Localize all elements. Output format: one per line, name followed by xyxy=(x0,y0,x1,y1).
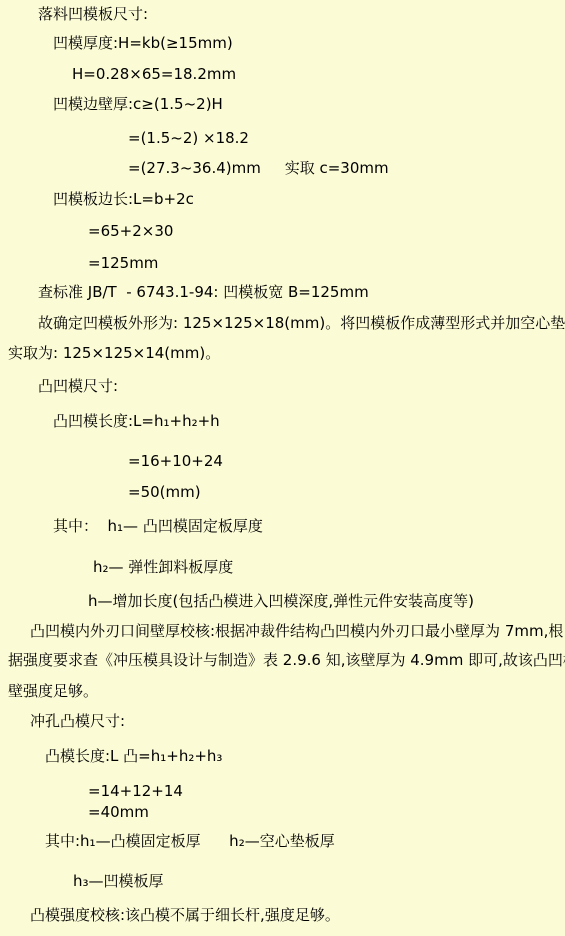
doc-line-punch-length-calc1: =14+12+14 xyxy=(88,782,183,800)
doc-line-h3-definition: h₃—凹模板厚 xyxy=(73,872,164,890)
doc-line-wall-check-para2: 据强度要求查《冲压模具设计与制造》表 2.9.6 知,该壁厚为 4.9mm 即可… xyxy=(8,651,565,669)
doc-line-punch-length-calc2: =40mm xyxy=(88,803,149,821)
doc-line-plate-edge-calc1: =65+2×30 xyxy=(88,222,173,240)
doc-line-die-outline-para1: 故确定凹模板外形为: 125×125×18(mm)。将凹模板作成薄型形式并加空心… xyxy=(38,314,565,332)
doc-line-die-thickness-formula: 凹模厚度:H=kb(≥15mm) xyxy=(53,34,233,52)
doc-line-wall-thickness-calc2: =(27.3~36.4)mm 实取 c=30mm xyxy=(128,159,389,177)
doc-line-punch-die-length-calc1: =16+10+24 xyxy=(128,452,223,470)
doc-line-h2-definition: h₂— 弹性卸料板厚度 xyxy=(93,558,233,576)
doc-line-punch-strength-check: 凸模强度校核:该凸模不属于细长杆,强度足够。 xyxy=(30,906,340,924)
doc-line-wall-thickness-formula: 凹模边壁厚:c≥(1.5~2)H xyxy=(53,95,223,113)
doc-line-plate-edge-calc2: =125mm xyxy=(88,254,158,272)
doc-line-punch-die-length-calc2: =50(mm) xyxy=(128,483,201,501)
doc-line-h1-definition: 其中： h₁— 凸凹模固定板厚度 xyxy=(53,517,263,535)
doc-line-blanking-die-title: 落料凹模板尺寸: xyxy=(38,5,148,23)
document-page: 落料凹模板尺寸: 凹模厚度:H=kb(≥15mm) H=0.28×65=18.2… xyxy=(0,0,565,936)
doc-line-standard-reference: 查标准 JB/T - 6743.1-94: 凹模板宽 B=125mm xyxy=(38,283,369,301)
doc-line-wall-check-para3: 壁强度足够。 xyxy=(8,682,98,700)
doc-line-piercing-punch-title: 冲孔凸模尺寸: xyxy=(30,712,125,730)
doc-line-die-thickness-calc: H=0.28×65=18.2mm xyxy=(72,65,236,83)
doc-line-punch-length-formula: 凸模长度:L 凸=h₁+h₂+h₃ xyxy=(45,747,222,765)
doc-line-die-outline-para2: 实取为: 125×125×14(mm)。 xyxy=(8,344,220,362)
doc-line-punch-die-length-formula: 凸凹模长度:L=h₁+h₂+h xyxy=(53,412,220,430)
doc-line-punch-die-title: 凸凹模尺寸: xyxy=(38,377,118,395)
doc-line-wall-check-para1: 凸凹模内外刃口间壁厚校核:根据冲裁件结构凸凹模内外刃口最小壁厚为 7mm,根 xyxy=(30,622,563,640)
doc-line-wall-thickness-calc1: =(1.5~2) ×18.2 xyxy=(128,129,249,147)
doc-line-h-definition: h—增加长度(包括凸模进入凹模深度,弹性元件安装高度等) xyxy=(88,592,474,610)
doc-line-h1-h2-definitions: 其中:h₁—凸模固定板厚 h₂—空心垫板厚 xyxy=(45,832,335,850)
doc-line-plate-edge-formula: 凹模板边长:L=b+2c xyxy=(53,190,194,208)
